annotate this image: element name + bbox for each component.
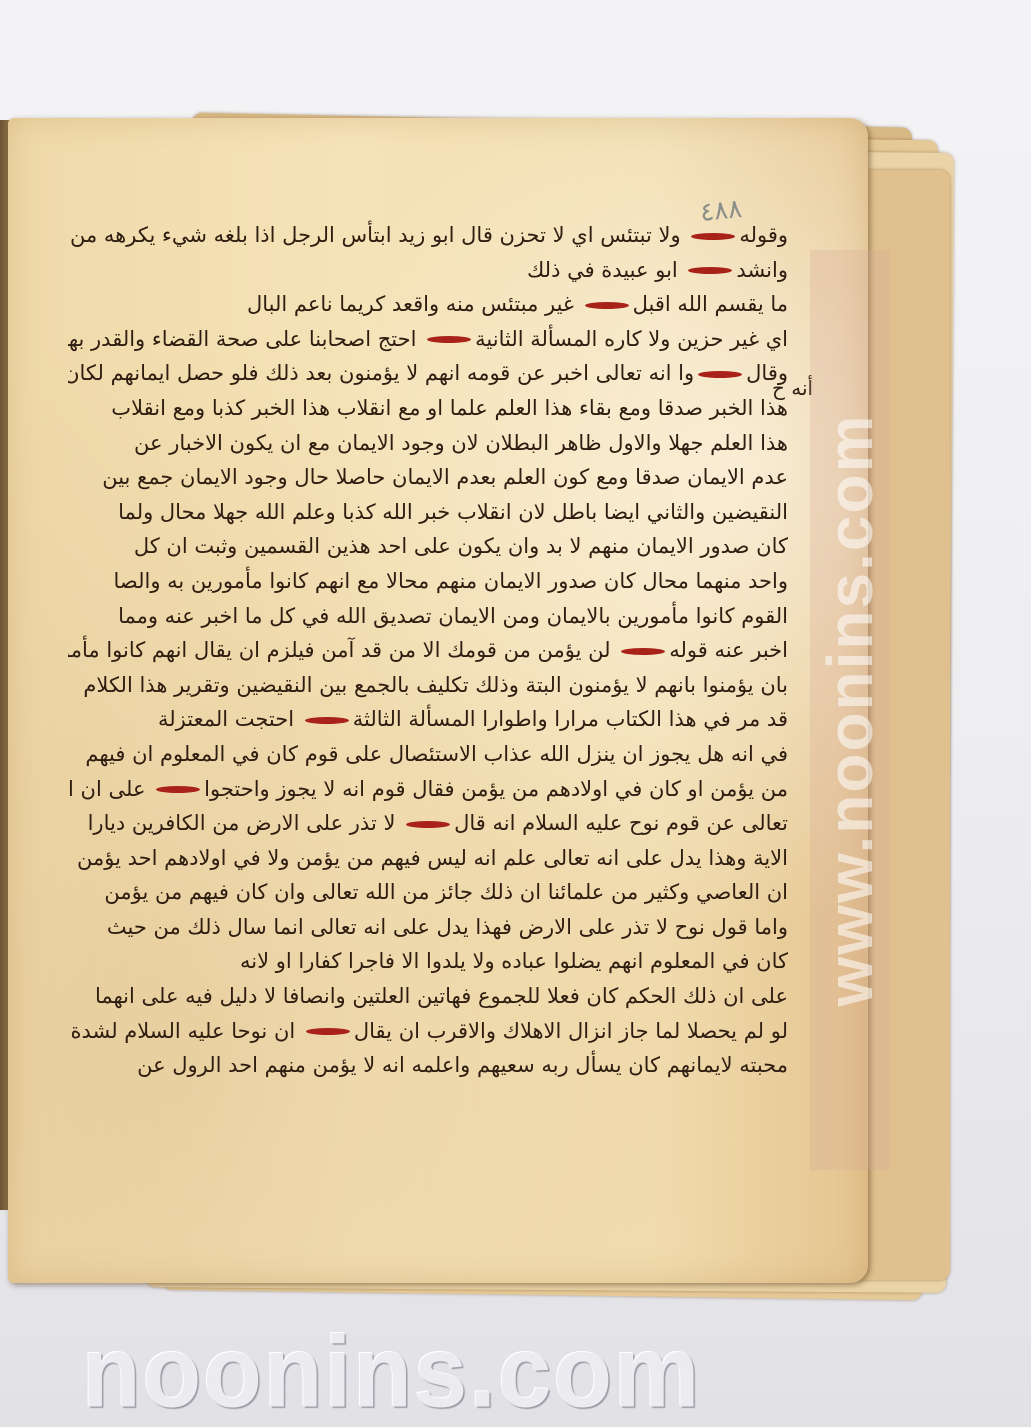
manuscript-line: وانشد ابو عبيدة في ذلك [68,253,788,288]
manuscript-line: كان صدور الايمان منهم لا بد وان يكون على… [68,529,788,564]
manuscript-line: وقوله ولا تبتئس اي لا تحزن قال ابو زيد ا… [68,218,788,253]
margin-note: أنه ح [772,376,813,400]
manuscript-line: القوم كانوا مأمورين بالايمان ومن الايمان… [68,599,788,634]
rubric-stroke [691,233,735,240]
manuscript-line: اي غير حزين ولا كاره المسألة الثانية احت… [68,322,788,357]
manuscript-text-block: وقوله ولا تبتئس اي لا تحزن قال ابو زيد ا… [68,218,788,1083]
manuscript-line: ما يقسم الله اقبل غير مبتئس منه واقعد كر… [68,287,788,322]
manuscript-line: على ان ذلك الحكم كان فعلا للجموع فهاتين … [68,979,788,1014]
rubric-stroke [305,717,349,724]
manuscript-line: عدم الايمان صدقا ومع كون العلم بعدم الاي… [68,460,788,495]
manuscript-line: في انه هل يجوز ان ينزل الله عذاب الاستئص… [68,737,788,772]
manuscript-line: الاية وهذا يدل على انه تعالى علم انه ليس… [68,841,788,876]
manuscript-line: اخبر عنه قوله لن يؤمن من قومك الا من قد … [68,633,788,668]
manuscript-line: واحد منهما محال كان صدور الايمان منهم مح… [68,564,788,599]
manuscript-line: واما قول نوح لا تذر على الارض فهذا يدل ع… [68,910,788,945]
vertical-watermark: www.noonins.com [810,250,890,1170]
rubric-stroke [306,1028,350,1035]
manuscript-line: ان العاصي وكثير من علمائنا ان ذلك جائز م… [68,875,788,910]
rubric-stroke [406,821,450,828]
bottom-watermark: noonins.com [82,1315,701,1427]
manuscript-line: وقالوا انه تعالى اخبر عن قومه انهم لا يؤ… [68,356,788,391]
manuscript-line: هذا العلم جهلا والاول ظاهر البطلان لان و… [68,426,788,461]
manuscript-line: هذا الخبر صدقا ومع بقاء هذا العلم علما ا… [68,391,788,426]
manuscript-line: بان يؤمنوا بانهم لا يؤمنون البتة وذلك تك… [68,668,788,703]
manuscript-line: محبته لايمانهم كان يسأل ربه سعيهم واعلمه… [68,1048,788,1083]
rubric-stroke [585,302,629,309]
rubric-stroke [621,648,665,655]
manuscript-line: قد مر في هذا الكتاب مرارا واطوارا المسأل… [68,702,788,737]
rubric-stroke [427,336,471,343]
manuscript-line: كان في المعلوم انهم يضلوا عباده ولا يلدو… [68,944,788,979]
vertical-watermark-text: www.noonins.com [813,414,887,1007]
manuscript-line: النقيضين والثاني ايضا باطل لان انقلاب خب… [68,495,788,530]
manuscript-line: لو لم يحصلا لما جاز انزال الاهلاك والاقر… [68,1014,788,1049]
manuscript-line: تعالى عن قوم نوح عليه السلام انه قال لا … [68,806,788,841]
rubric-stroke [688,267,732,274]
rubric-stroke [156,786,200,793]
rubric-stroke [698,371,742,378]
manuscript-line: من يؤمن او كان في اولادهم من يؤمن فقال ق… [68,772,788,807]
